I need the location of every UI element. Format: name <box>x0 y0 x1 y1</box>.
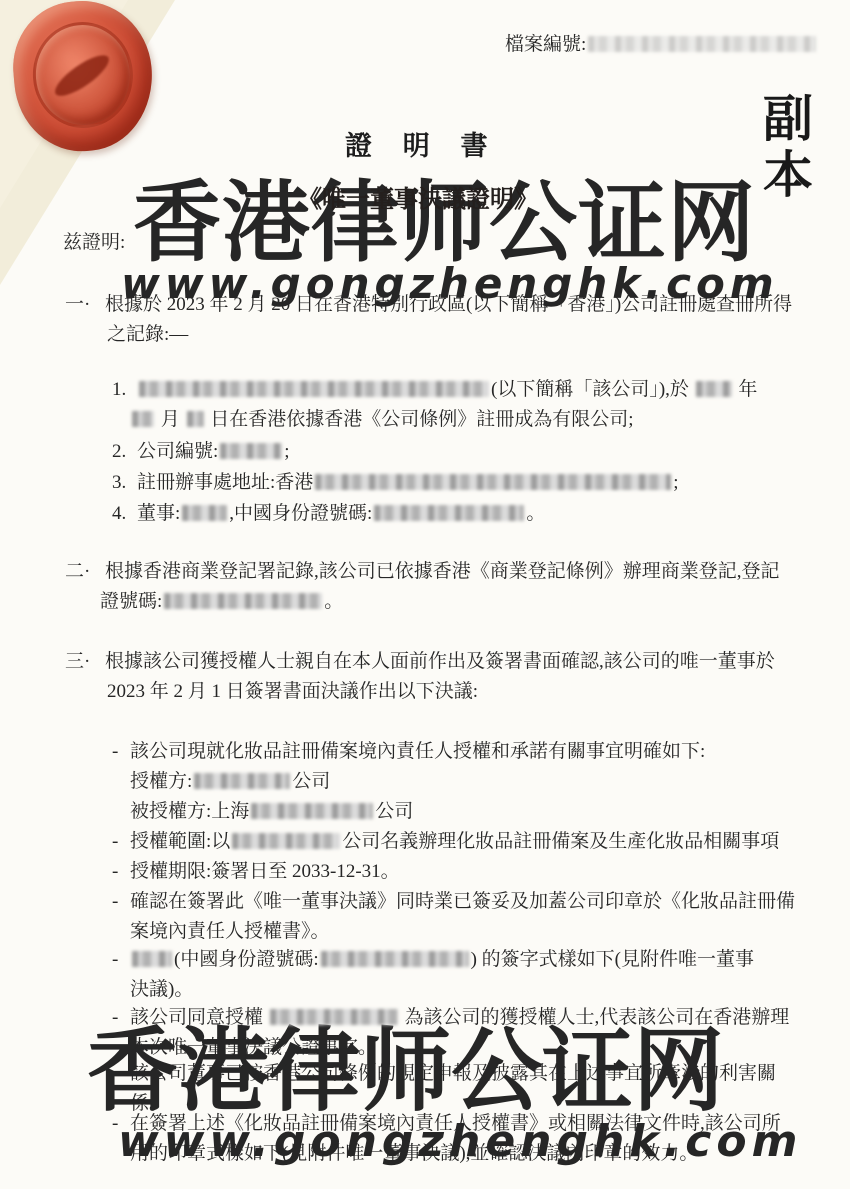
line-text: (中國身份證號碼:) 的簽字式樣如下(見附件唯一董事 <box>130 948 754 972</box>
line-text: 公司編號:; <box>137 440 290 464</box>
text-segment: ; <box>284 441 289 462</box>
list-marker: 一· <box>65 293 90 317</box>
line-text: 根據於 2023 年 2 月 20 日在香港特別行政區(以下簡稱「香港」)公司註… <box>105 293 792 317</box>
list-marker: - <box>112 1112 118 1136</box>
section-2-line-2: 證號碼:。 <box>0 590 850 616</box>
section-1-line-2: 之記錄:— <box>0 323 850 349</box>
list-marker: - <box>112 1006 118 1030</box>
list-marker: 2. <box>112 440 126 464</box>
file-number-line: 檔案編號: <box>0 33 850 59</box>
resolution-confirm-line-1: -確認在簽署此《唯一董事決議》同時業已簽妥及加蓋公司印章於《化妝品註冊備 <box>0 890 850 916</box>
resolution-authorizer: 授權方:公司 <box>0 770 850 796</box>
line-text: 根據該公司獲授權人士親自在本人面前作出及簽署書面確認,該公司的唯一董事於 <box>105 650 775 674</box>
list-marker: 3. <box>112 471 126 495</box>
text-segment: 授權範圍:以 <box>130 831 230 852</box>
line-text: 證號碼:。 <box>100 590 343 614</box>
text-segment: 董事: <box>137 503 180 524</box>
line-text: 根據香港商業登記署記錄,該公司已依據香港《商業登記條例》辦理商業登記,登記 <box>105 560 780 584</box>
text-segment: 根據香港商業登記署記錄,該公司已依據香港《商業登記條例》辦理商業登記,登記 <box>105 561 780 582</box>
redacted-text <box>164 593 322 609</box>
redacted-text <box>315 474 671 490</box>
text-segment: 2023 年 2 月 1 日簽署書面決議作出以下決議: <box>107 681 478 702</box>
list-item-1-line-1: 1.(以下簡稱「該公司」),於 年 <box>0 378 850 404</box>
line-text: (以下簡稱「該公司」),於 年 <box>137 378 757 402</box>
line-text: 之記錄:— <box>107 323 188 347</box>
redacted-text <box>194 773 290 789</box>
section-1-line-1: 一·根據於 2023 年 2 月 20 日在香港特別行政區(以下簡稱「香港」)公… <box>0 293 850 319</box>
section-3-line-1: 三·根據該公司獲授權人士親自在本人面前作出及簽署書面確認,該公司的唯一董事於 <box>0 650 850 676</box>
text-segment: 該公司董事已按香港公司條例的規定申報及披露其在上述事宜所牽涉的利害關 <box>130 1063 776 1084</box>
line-text: 本次唯一董事決議公證事宜。 <box>130 1036 377 1060</box>
redacted-text <box>132 411 154 427</box>
section-2-line-1: 二·根據香港商業登記署記錄,該公司已依據香港《商業登記條例》辦理商業登記,登記 <box>0 560 850 586</box>
redacted-text <box>696 381 732 397</box>
line-text: 註冊辦事處地址:香港; <box>137 471 679 495</box>
redacted-text <box>588 36 816 52</box>
text-segment: 公司名義辦理化妝品註冊備案及生產化妝品相關事項 <box>342 831 779 852</box>
certificate-page: 香港律师公证网 www.gongzhenghk.com 香港律师公证网 www.… <box>0 0 850 1189</box>
redacted-text <box>374 505 524 521</box>
text-segment: 該公司現就化妝品註冊備案境內責任人授權和承諾有關事宜明確如下: <box>130 741 705 762</box>
line-text: 案境內責任人授權書》。 <box>130 920 330 944</box>
list-marker: 4. <box>112 502 126 526</box>
text-segment: 決議)。 <box>130 979 193 1000</box>
resolution-line-1: -該公司現就化妝品註冊備案境內責任人授權和承諾有關事宜明確如下: <box>0 740 850 766</box>
text-segment: 公司 <box>375 801 413 822</box>
line-text: 授權方:公司 <box>130 770 330 794</box>
list-marker: 二· <box>65 560 90 584</box>
text-segment: 之記錄:— <box>107 324 188 345</box>
resolution-agent-line-1: -該公司同意授權 為該公司的獲授權人士,代表該公司在香港辦理 <box>0 1006 850 1032</box>
text-segment: 註冊辦事處地址:香港 <box>137 472 313 493</box>
line-text: 該公司現就化妝品註冊備案境內責任人授權和承諾有關事宜明確如下: <box>130 740 705 764</box>
line-text: 決議)。 <box>130 978 193 1002</box>
text-segment: 係。 <box>130 1093 168 1114</box>
redacted-text <box>139 381 489 397</box>
text-segment: 公司編號: <box>137 441 218 462</box>
redacted-text <box>321 951 469 967</box>
text-segment: 本次唯一董事決議公證事宜。 <box>130 1037 377 1058</box>
redacted-text <box>251 803 373 819</box>
redacted-text <box>182 505 227 521</box>
resolution-signature-line-2: 決議)。 <box>0 978 850 1004</box>
text-segment: ) 的簽字式樣如下(見附件唯一董事 <box>471 949 754 970</box>
list-item-4: 4.董事:,中國身份證號碼:。 <box>0 502 850 528</box>
text-segment: 確認在簽署此《唯一董事決議》同時業已簽妥及加蓋公司印章於《化妝品註冊備 <box>130 891 795 912</box>
line-text: 授權期限:簽署日至 2033-12-31。 <box>130 860 400 884</box>
line-text: 該公司同意授權 為該公司的獲授權人士,代表該公司在香港辦理 <box>130 1006 789 1030</box>
resolution-scope: -授權範圍:以公司名義辦理化妝品註冊備案及生產化妝品相關事項 <box>0 830 850 856</box>
list-item-2: 2.公司編號:; <box>0 440 850 466</box>
list-marker: - <box>112 860 118 884</box>
line-text: 該公司董事已按香港公司條例的規定申報及披露其在上述事宜所牽涉的利害關 <box>130 1062 776 1086</box>
text-segment: ,中國身份證號碼: <box>229 503 372 524</box>
line-text: 用的印章式樣如下(見附件唯一董事決議),並確認決議內印章的效力。 <box>130 1142 698 1166</box>
resolution-term: -授權期限:簽署日至 2033-12-31。 <box>0 860 850 886</box>
line-text: 董事:,中國身份證號碼:。 <box>137 502 545 526</box>
resolution-chop-line-1: -在簽署上述《化妝品註冊備案境內責任人授權書》或相關法律文件時,該公司所 <box>0 1112 850 1138</box>
line-text: 在簽署上述《化妝品註冊備案境內責任人授權書》或相關法律文件時,該公司所 <box>130 1112 781 1136</box>
text-segment: 。 <box>526 503 545 524</box>
list-marker: - <box>112 1062 118 1086</box>
line-text: 檔案編號: <box>505 33 818 57</box>
list-item-1-line-2: 月 日在香港依據香港《公司條例》註冊成為有限公司; <box>0 408 850 434</box>
text-segment: 月 <box>156 409 185 430</box>
text-segment: ; <box>673 472 678 493</box>
redacted-text <box>132 951 172 967</box>
text-segment: 被授權方:上海 <box>130 801 249 822</box>
text-segment: 公司 <box>292 771 330 792</box>
text-segment: 證號碼: <box>100 591 162 612</box>
text-segment: 該公司同意授權 <box>130 1007 268 1028</box>
text-segment: 根據該公司獲授權人士親自在本人面前作出及簽署書面確認,該公司的唯一董事於 <box>105 651 775 672</box>
list-marker: 1. <box>112 378 126 402</box>
resolution-authorizee: 被授權方:上海公司 <box>0 800 850 826</box>
line-text: 2023 年 2 月 1 日簽署書面決議作出以下決議: <box>107 680 478 704</box>
section-3-line-2: 2023 年 2 月 1 日簽署書面決議作出以下決議: <box>0 680 850 706</box>
text-segment: 用的印章式樣如下(見附件唯一董事決議),並確認決議內印章的效力。 <box>130 1143 698 1164</box>
redacted-text <box>232 833 340 849</box>
redacted-text <box>220 443 282 459</box>
list-marker: - <box>112 890 118 914</box>
line-text: 被授權方:上海公司 <box>130 800 413 824</box>
resolution-agent-line-2: 本次唯一董事決議公證事宜。 <box>0 1036 850 1062</box>
text-segment: 日在香港依據香港《公司條例》註冊成為有限公司; <box>206 409 634 430</box>
line-text: 月 日在香港依據香港《公司條例》註冊成為有限公司; <box>130 408 634 432</box>
list-item-3: 3.註冊辦事處地址:香港; <box>0 471 850 497</box>
text-segment: (中國身份證號碼: <box>174 949 319 970</box>
text-segment: 為該公司的獲授權人士,代表該公司在香港辦理 <box>400 1007 790 1028</box>
text-segment: 根據於 2023 年 2 月 20 日在香港特別行政區(以下簡稱「香港」)公司註… <box>105 294 792 315</box>
text-segment: 在簽署上述《化妝品註冊備案境內責任人授權書》或相關法律文件時,該公司所 <box>130 1113 781 1134</box>
line-text: 確認在簽署此《唯一董事決議》同時業已簽妥及加蓋公司印章於《化妝品註冊備 <box>130 890 795 914</box>
text-segment: 授權期限:簽署日至 2033-12-31。 <box>130 861 400 882</box>
resolution-signature-line-1: -(中國身份證號碼:) 的簽字式樣如下(見附件唯一董事 <box>0 948 850 974</box>
text-segment: 。 <box>324 591 343 612</box>
text-segment: 年 <box>734 379 758 400</box>
text-segment: 檔案編號: <box>505 34 586 55</box>
resolution-chop-line-2: 用的印章式樣如下(見附件唯一董事決議),並確認決議內印章的效力。 <box>0 1142 850 1168</box>
list-marker: - <box>112 830 118 854</box>
document-body: 檔案編號:一·根據於 2023 年 2 月 20 日在香港特別行政區(以下簡稱「… <box>0 0 850 1189</box>
redacted-text <box>270 1009 398 1025</box>
line-text: 授權範圍:以公司名義辦理化妝品註冊備案及生產化妝品相關事項 <box>130 830 779 854</box>
text-segment: 案境內責任人授權書》。 <box>130 921 330 942</box>
list-marker: 三· <box>65 650 90 674</box>
list-marker: - <box>112 740 118 764</box>
resolution-confirm-line-2: 案境內責任人授權書》。 <box>0 920 850 946</box>
text-segment: (以下簡稱「該公司」),於 <box>491 379 694 400</box>
text-segment: 授權方: <box>130 771 192 792</box>
redacted-text <box>187 411 204 427</box>
list-marker: - <box>112 948 118 972</box>
resolution-disclosure-line-1: -該公司董事已按香港公司條例的規定申報及披露其在上述事宜所牽涉的利害關 <box>0 1062 850 1088</box>
